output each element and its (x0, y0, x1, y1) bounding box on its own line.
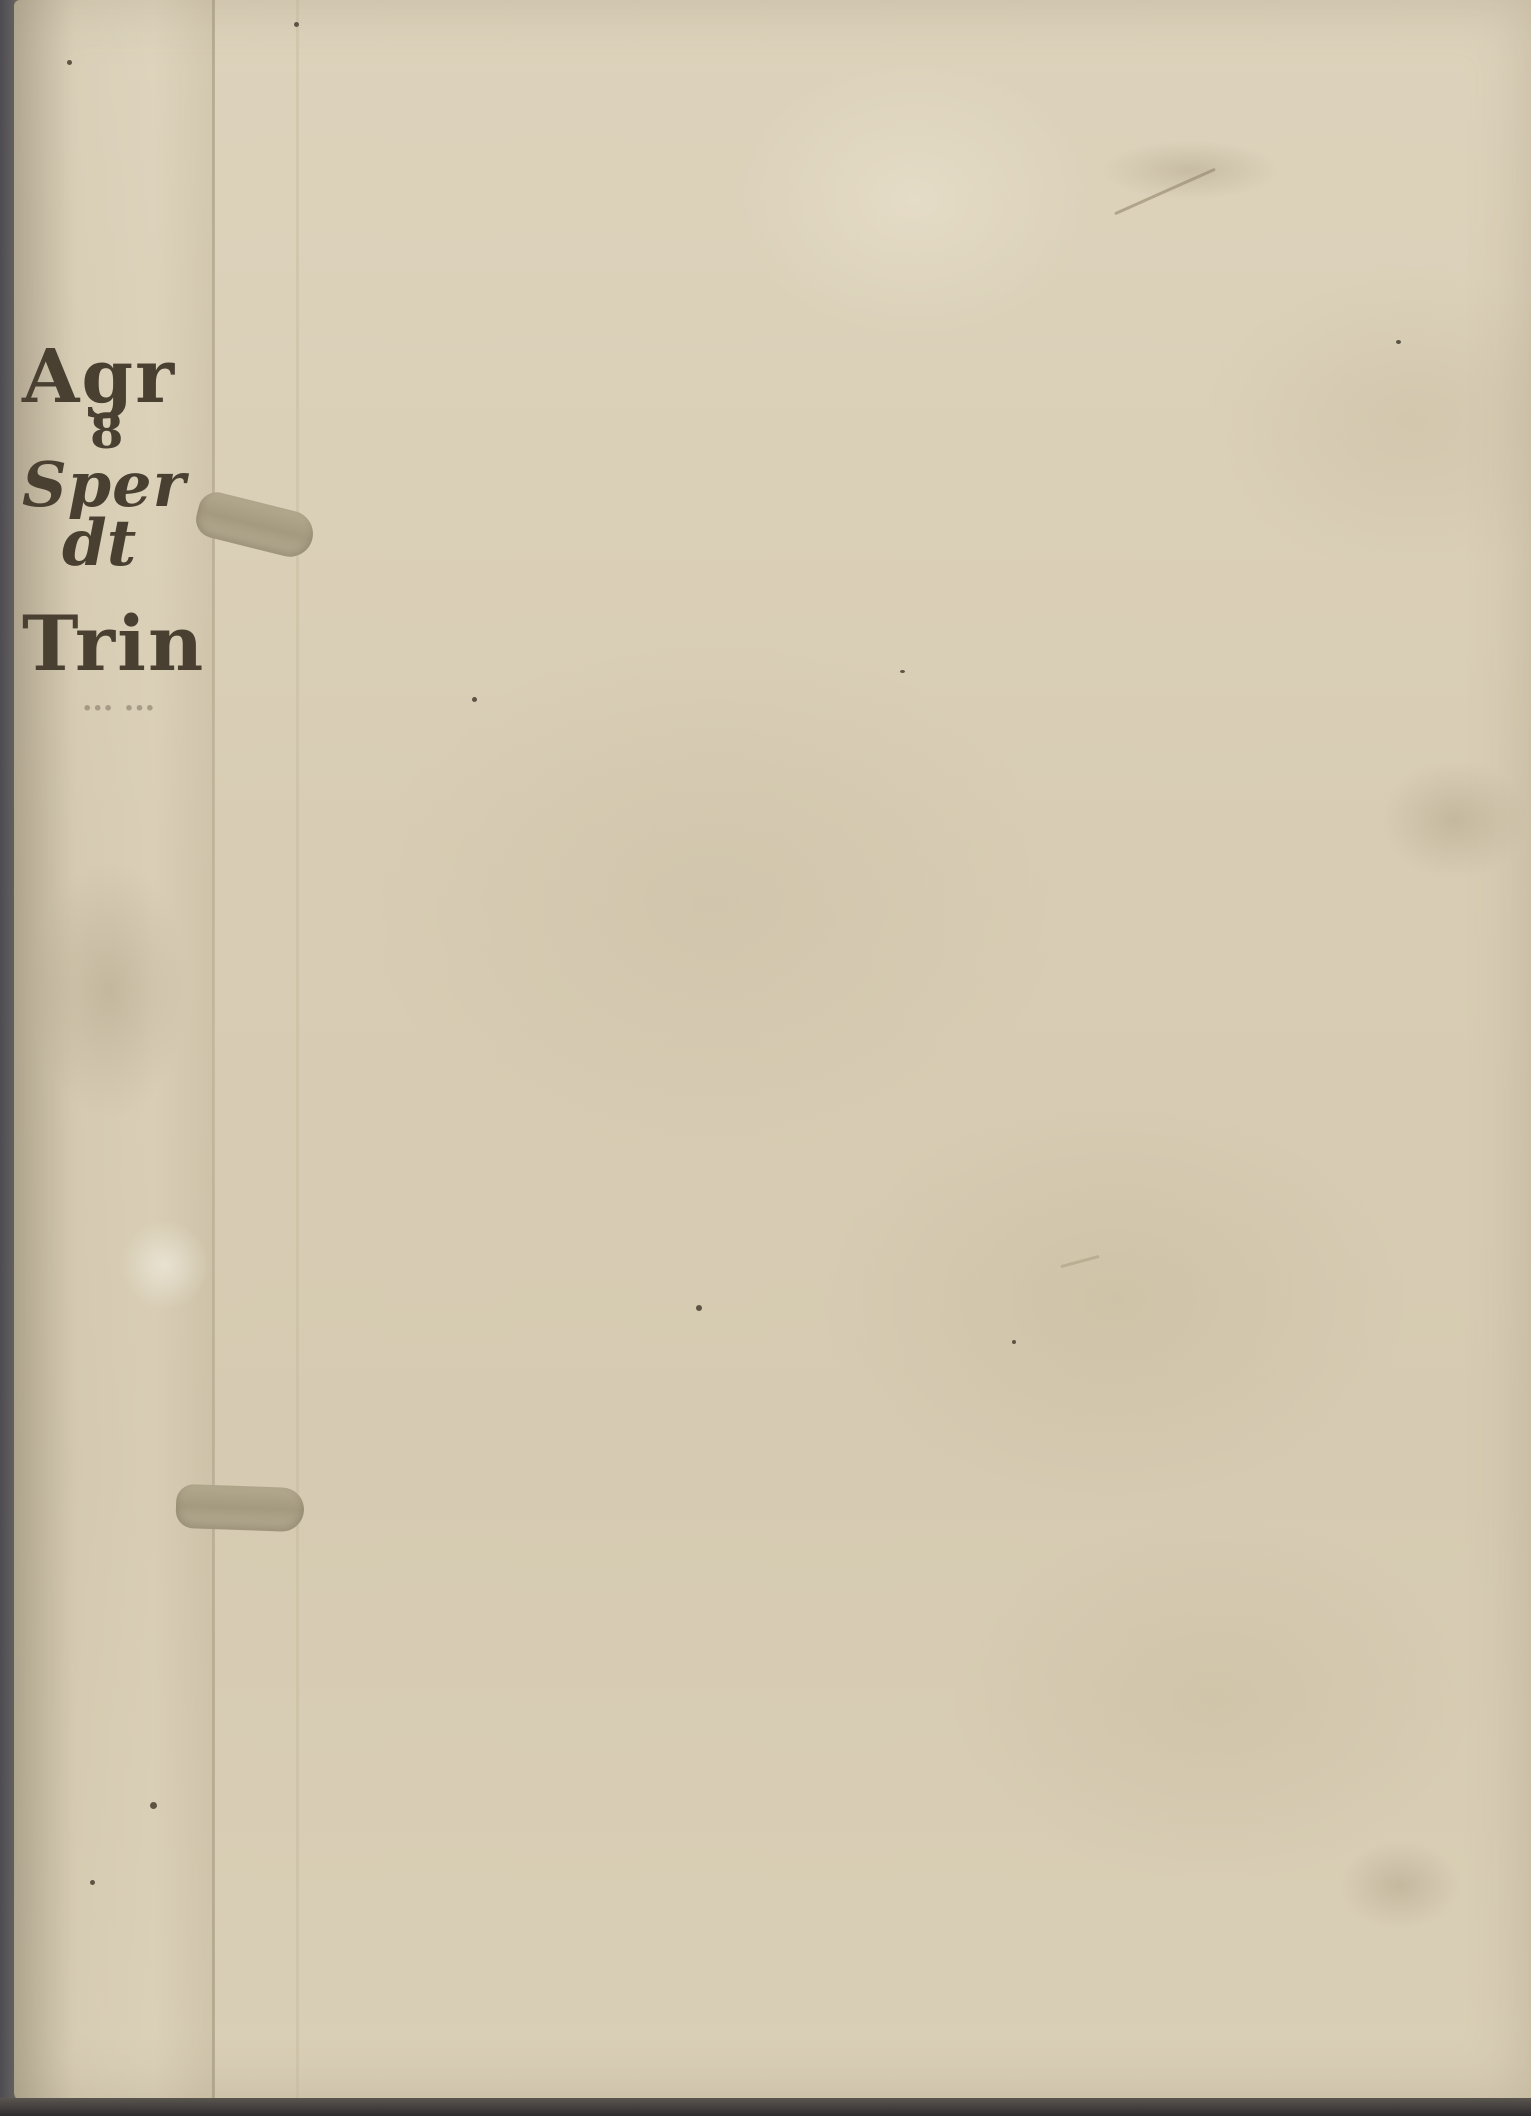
spine-text-line-1: Agr (22, 340, 212, 414)
speck (67, 60, 72, 65)
speck (1012, 1340, 1016, 1344)
book-photo: Agr 8 Sper dt Trin ··· ··· (0, 0, 1531, 2116)
hinge-fold-line (296, 0, 299, 2102)
speck (900, 670, 905, 673)
stain-mark (30, 860, 190, 1120)
stain-mark (1340, 1840, 1460, 1930)
spine-fold-line (212, 0, 215, 2102)
speck (294, 22, 299, 27)
speck (150, 1802, 157, 1809)
handwritten-spine-title: Agr 8 Sper dt Trin ··· ··· (22, 340, 212, 724)
stain-mark (1100, 140, 1280, 200)
lower-tie-thong (175, 1484, 304, 1532)
spine-text-line-6-faded: ··· ··· (22, 694, 212, 724)
backdrop-bottom-edge (0, 2098, 1531, 2116)
speck (90, 1880, 95, 1885)
spine-text-line-4: dt (22, 512, 212, 576)
speck (472, 697, 477, 702)
stain-mark (1380, 760, 1530, 880)
light-patch (120, 1220, 210, 1310)
speck (696, 1305, 702, 1311)
spine-text-line-5: Trin (22, 606, 212, 682)
vellum-cover (14, 0, 1531, 2102)
speck (1396, 340, 1401, 344)
